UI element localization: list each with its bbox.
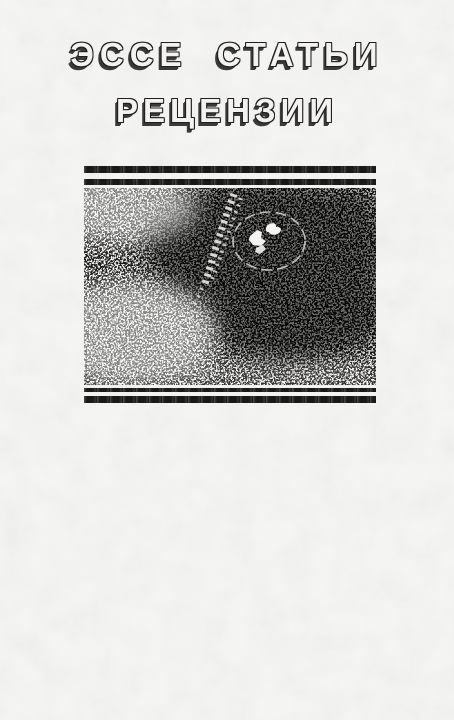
top-rule-thick (84, 166, 376, 173)
grainy-abstract-print (84, 188, 376, 385)
top-rule-thin (84, 179, 376, 185)
bottom-rule-thin (84, 388, 376, 392)
bottom-rule-thick (84, 396, 376, 403)
page-title-line-1: ЭССЕ СТАТЬИ (0, 36, 454, 74)
book-page: ЭССЕ СТАТЬИ РЕЦЕНЗИИ (0, 0, 454, 720)
page-title-line-2: РЕЦЕНЗИИ (0, 92, 454, 130)
illustration-plate (84, 166, 376, 403)
